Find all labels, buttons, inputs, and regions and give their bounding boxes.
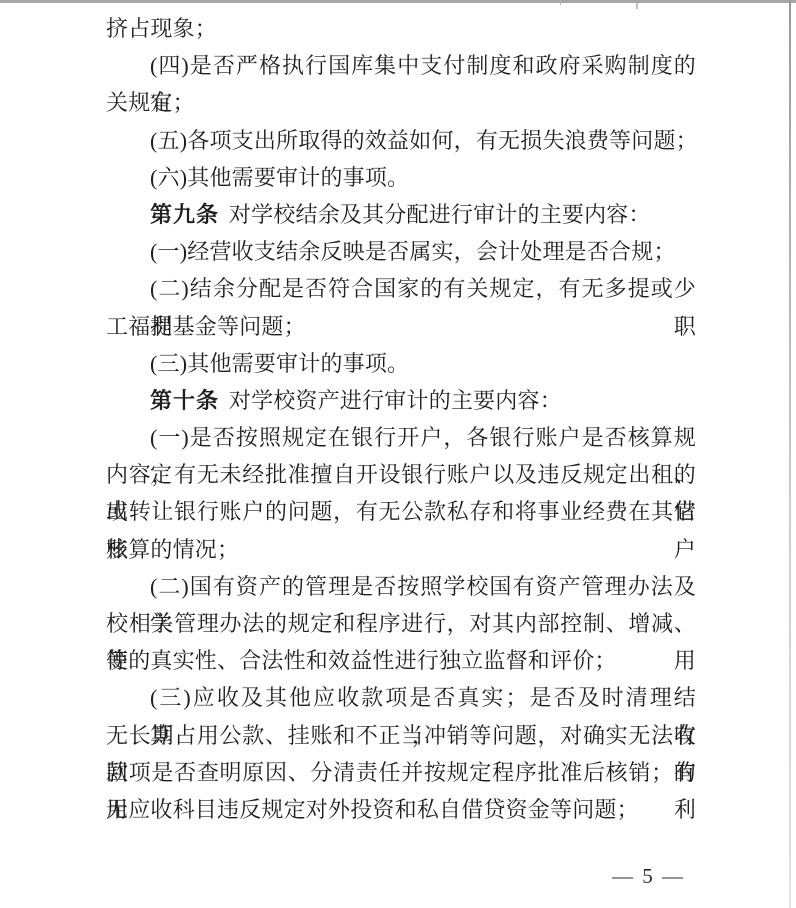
text-line: (一)经营收支结余反映是否属实，会计处理是否合规； [150,233,696,270]
text-line-article-10: 第十条对学校资产进行审计的主要内容： [150,382,696,419]
text-line: 款项是否查明原因、分清责任并按规定程序批准后核销；有无利 [106,754,696,791]
text-line: 等的真实性、合法性和效益性进行独立监督和评价； [106,642,696,679]
text-line: 校相关管理办法的规定和程序进行，对其内部控制、增减、使用 [106,605,696,642]
text-line: (三)应收及其他应收款项是否真实；是否及时清理结算，有 [150,679,696,716]
scan-artifact [636,3,638,9]
text-line: (二)结余分配是否符合国家的有关规定，有无多提或少提职 [150,270,696,307]
text-line: (二)国有资产的管理是否按照学校国有资产管理办法及学 [150,568,696,605]
text-line: 用应收科目违反规定对外投资和私自借贷资金等问题； [106,791,696,828]
text-line: 关规定； [106,84,696,121]
scan-artifact [560,0,561,5]
document-body: 挤占现象； (四)是否严格执行国库集中支付制度和政府采购制度的有 关规定； (五… [106,10,696,828]
document-page: 挤占现象； (四)是否严格执行国库集中支付制度和政府采购制度的有 关规定； (五… [0,0,796,908]
article-number: 第十条 [150,388,219,413]
text-line: 无长期占用公款、挂账和不正当冲销等问题，对确实无法收回的 [106,717,696,754]
text-line: 或转让银行账户的问题，有无公款私存和将事业经费在其它账户 [106,493,696,530]
article-number: 第九条 [150,202,219,227]
text-line-article-9: 第九条对学校结余及其分配进行审计的主要内容： [150,196,696,233]
scan-edge-right [789,0,791,908]
scan-edge-top [0,0,796,3]
text-line: (四)是否严格执行国库集中支付制度和政府采购制度的有 [150,47,696,84]
text-line: (六)其他需要审计的事项。 [150,159,696,196]
text-line: (三)其他需要审计的事项。 [150,345,696,382]
page-number: — 5 — [612,864,685,888]
text-line: (一)是否按照规定在银行开户，各银行账户是否核算规定的 [150,419,696,456]
text-line: 挤占现象； [106,10,696,47]
text-line: 内容，有无未经批准擅自开设银行账户以及违反规定出租、出借 [106,456,696,493]
text-line: (五)各项支出所取得的效益如何，有无损失浪费等问题； [150,122,696,159]
